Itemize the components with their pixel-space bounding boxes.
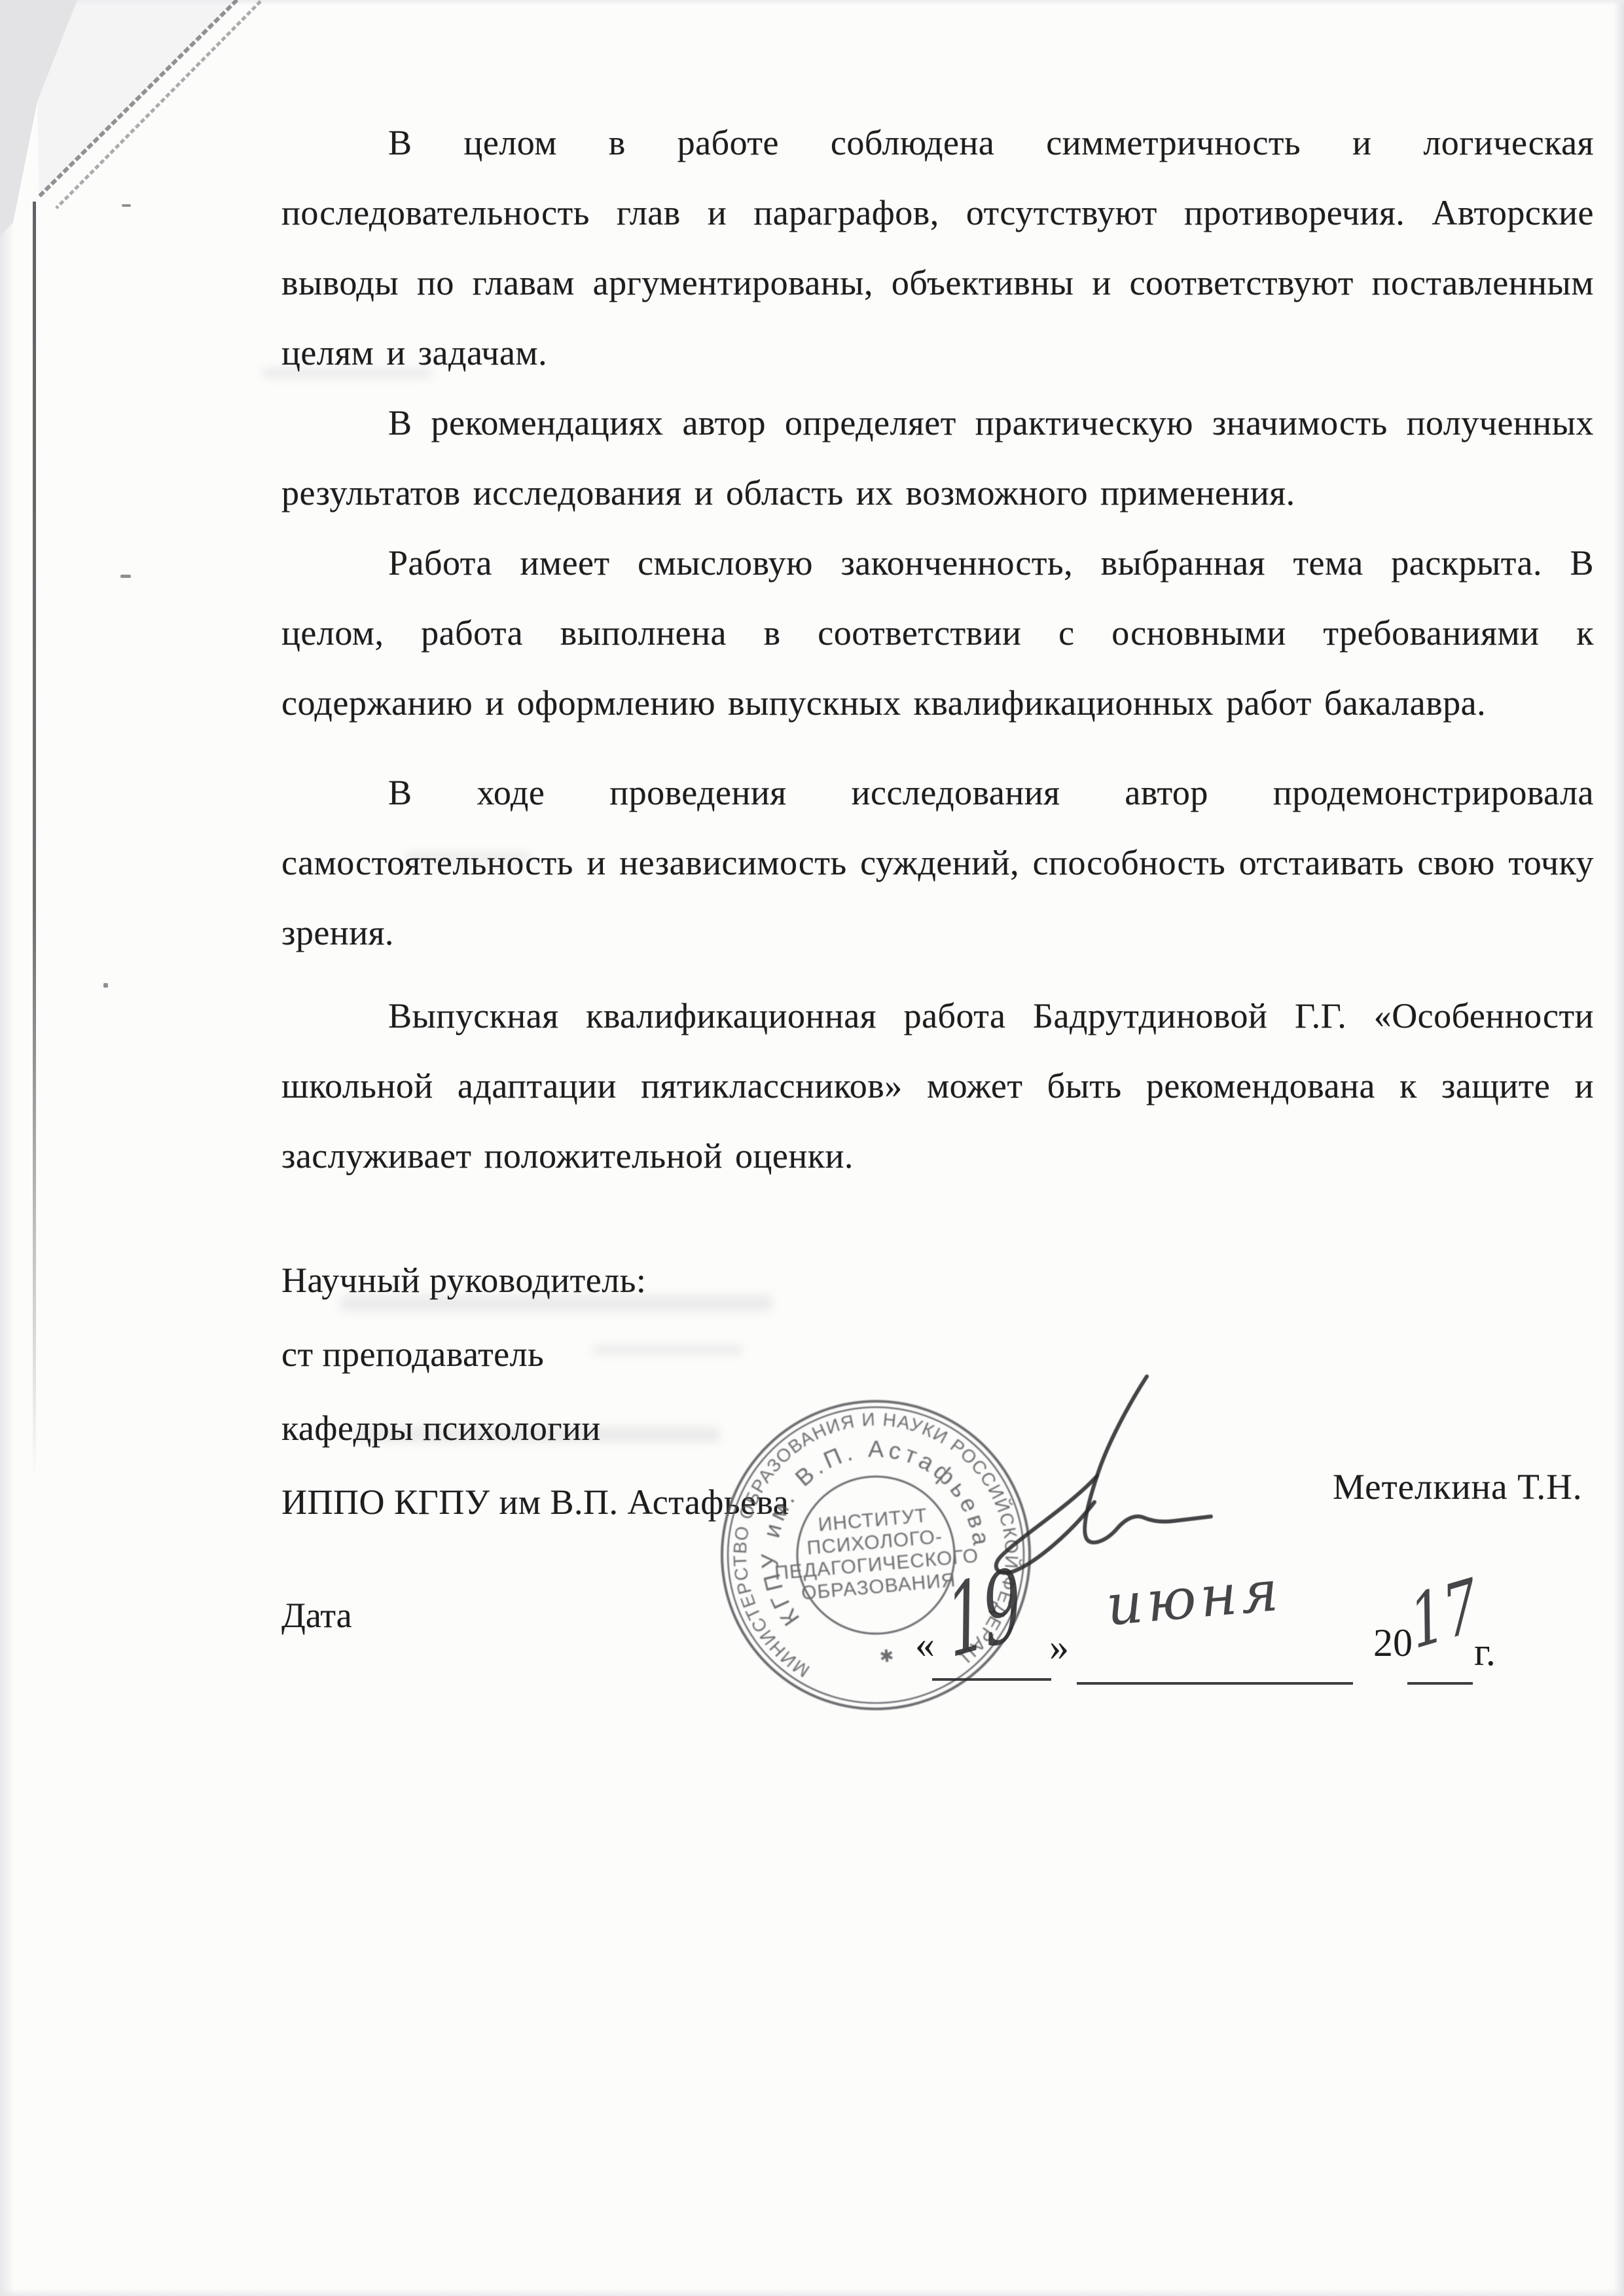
signature-stroke <box>1085 1376 1211 1543</box>
bottom-edge-scan-shadow <box>0 2288 1624 2296</box>
paragraph: Выпускная квалификационная работа Бадрут… <box>281 981 1594 1191</box>
date-close-quote: » <box>1049 1624 1069 1670</box>
signature-handwriting <box>936 1365 1218 1581</box>
day-underline <box>932 1678 1051 1681</box>
handwritten-day: 19 <box>941 1548 1025 1680</box>
date-year-suffix: г. <box>1474 1630 1496 1675</box>
paragraph: В ходе проведения исследования автор про… <box>281 758 1594 968</box>
stamp-star: ✱ <box>878 1645 894 1666</box>
scanned-document-page: В целом в работе соблюдена симметричност… <box>0 0 1624 2296</box>
scan-speck <box>122 204 131 207</box>
paragraph: Работа имеет смысловую законченность, вы… <box>281 528 1594 738</box>
corner-fold-artifact <box>0 0 281 281</box>
paragraph: В целом в работе соблюдена симметричност… <box>281 108 1594 388</box>
year-underline <box>1407 1682 1473 1685</box>
scan-speck <box>103 983 108 988</box>
left-edge-scan-line <box>33 202 36 1478</box>
date-open-quote: « <box>915 1622 935 1667</box>
paragraph: В рекомендациях автор определяет практич… <box>281 388 1594 528</box>
date-century: 20 <box>1373 1621 1413 1666</box>
supervisor-name: Метелкина Т.Н. <box>1333 1466 1583 1507</box>
scan-speck <box>120 575 131 578</box>
right-edge-scan-shadow <box>1614 0 1624 2296</box>
signature-block-line: Научный руководитель: <box>281 1244 1594 1318</box>
left-edge-scan-band <box>0 0 14 2296</box>
month-underline <box>1077 1682 1353 1685</box>
